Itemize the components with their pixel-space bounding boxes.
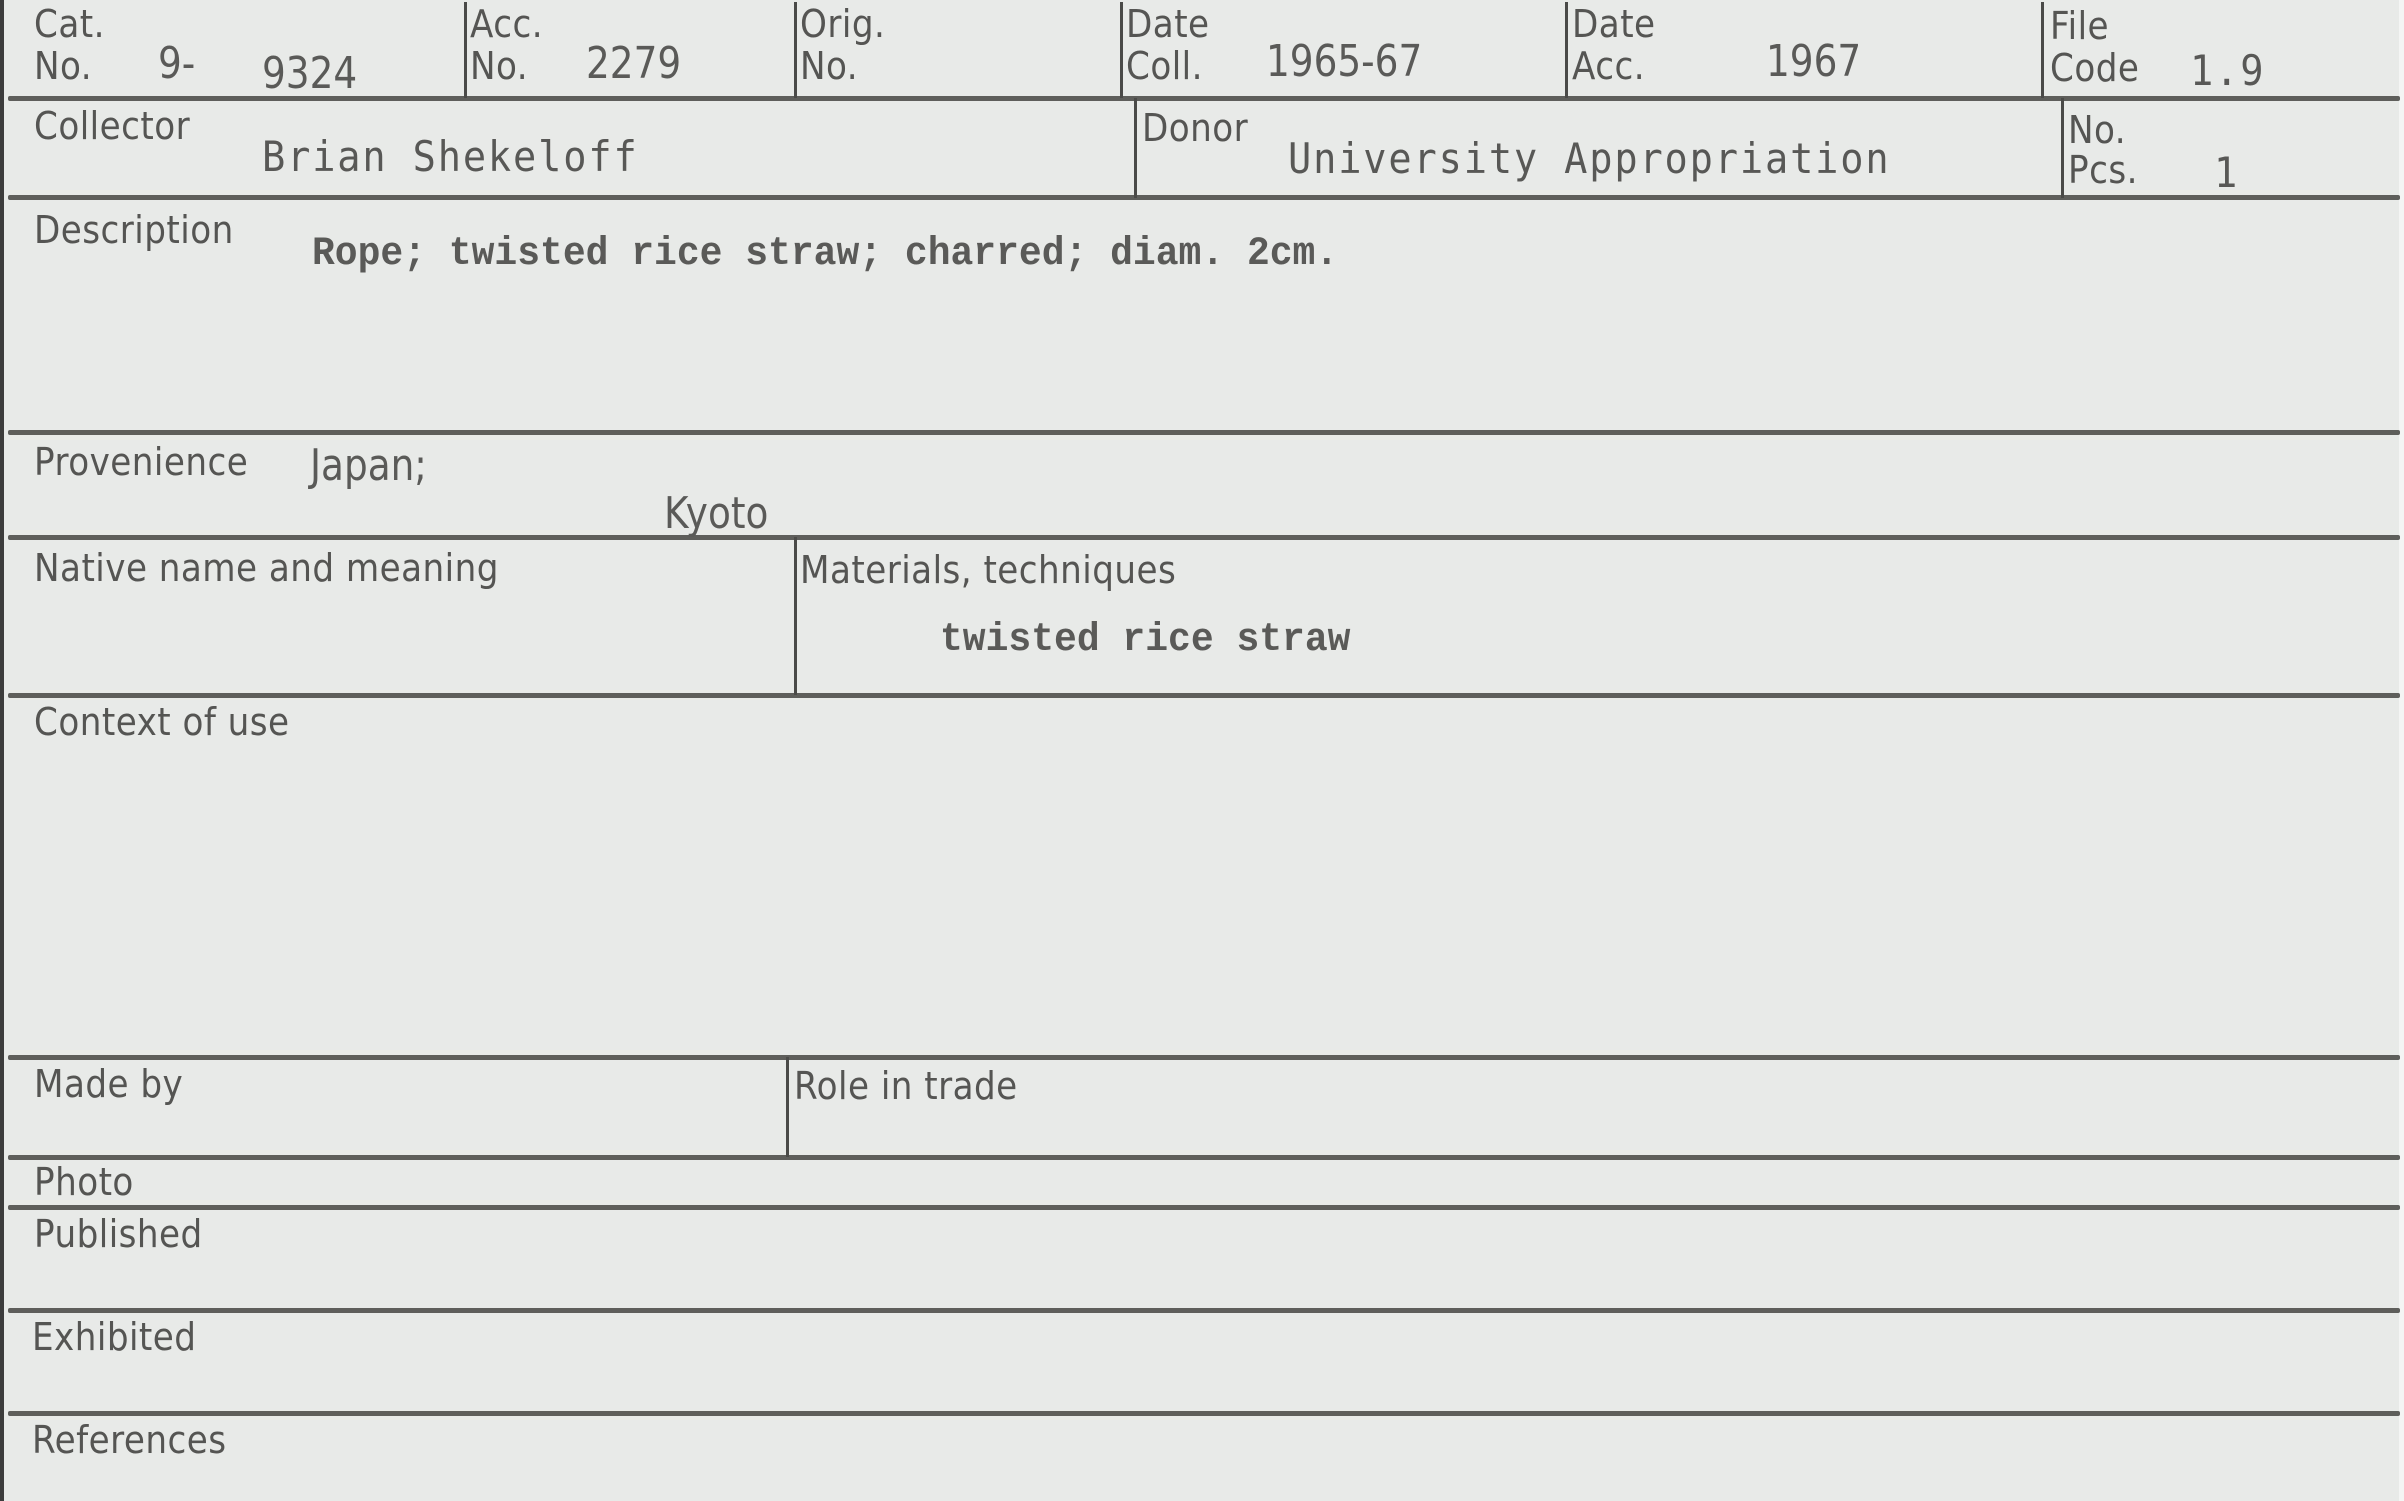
native-name-label: Native name and meaning [34, 548, 499, 589]
card-left-edge [0, 0, 4, 1501]
no-pcs-label-line1: No. [2068, 110, 2126, 151]
rule-native-bottom [8, 693, 2400, 698]
cat-number: 9324 [262, 48, 357, 99]
references-label: References [32, 1420, 227, 1461]
divider-donor [1134, 98, 1137, 198]
made-by-label: Made by [34, 1064, 183, 1105]
divider-materials [794, 537, 797, 695]
cat-prefix: 9- [158, 38, 195, 89]
file-code-label-line1: File [2050, 6, 2109, 47]
file-code-value: 1.9 [2190, 46, 2265, 95]
provenience-value-line2: Kyoto [664, 488, 768, 539]
acc-label-line2: No. [470, 46, 528, 87]
provenience-value-line1: Japan; [310, 440, 427, 491]
photo-label: Photo [34, 1162, 134, 1203]
date-acc-value: 1967 [1766, 36, 1861, 87]
description-label: Description [34, 210, 234, 251]
published-label: Published [34, 1214, 203, 1255]
collector-label: Collector [34, 106, 190, 147]
donor-value: University Appropriation [1288, 134, 1890, 183]
cat-label-line1: Cat. [34, 4, 105, 45]
rule-row2-bottom [8, 195, 2400, 200]
divider-date-coll [1120, 2, 1123, 98]
acc-label-line1: Acc. [470, 4, 543, 45]
cat-label-line2: No. [34, 46, 92, 87]
no-pcs-label-line2: Pcs. [2068, 150, 2138, 191]
rule-madeby-bottom [8, 1155, 2400, 1160]
divider-role [786, 1057, 789, 1157]
orig-label-line2: No. [800, 46, 858, 87]
divider-no-pcs [2061, 98, 2064, 198]
rule-context-bottom [8, 1055, 2400, 1060]
orig-label-line1: Orig. [800, 4, 885, 45]
role-in-trade-label: Role in trade [794, 1066, 1018, 1107]
catalog-card: Cat. No. 9- 9324 Acc. No. 2279 Orig. No.… [0, 0, 2404, 1501]
materials-label: Materials, techniques [800, 550, 1176, 591]
date-acc-label-line2: Acc. [1572, 46, 1645, 87]
date-coll-label-line2: Coll. [1126, 46, 1203, 87]
acc-number: 2279 [586, 38, 681, 89]
rule-published-bottom [8, 1308, 2400, 1313]
materials-value: twisted rice straw [940, 618, 1350, 663]
divider-acc [464, 2, 467, 98]
rule-exhibited-bottom [8, 1411, 2400, 1416]
rule-description-bottom [8, 430, 2400, 435]
donor-label: Donor [1142, 108, 1248, 149]
rule-provenience-bottom [8, 535, 2400, 540]
description-value: Rope; twisted rice straw; charred; diam.… [312, 232, 1338, 277]
date-coll-label-line1: Date [1126, 4, 1210, 45]
no-pcs-value: 1 [2214, 148, 2239, 197]
rule-photo-bottom [8, 1205, 2400, 1210]
collector-value: Brian Shekeloff [262, 132, 639, 181]
file-code-label-line2: Code [2050, 48, 2139, 89]
date-acc-label-line1: Date [1572, 4, 1656, 45]
provenience-label: Provenience [34, 442, 248, 483]
date-coll-value: 1965-67 [1266, 36, 1422, 87]
divider-file-code [2041, 2, 2044, 98]
divider-date-acc [1565, 2, 1568, 98]
exhibited-label: Exhibited [32, 1317, 196, 1358]
card-right-edge [2399, 0, 2404, 1501]
divider-orig [794, 2, 797, 98]
context-of-use-label: Context of use [34, 702, 290, 743]
